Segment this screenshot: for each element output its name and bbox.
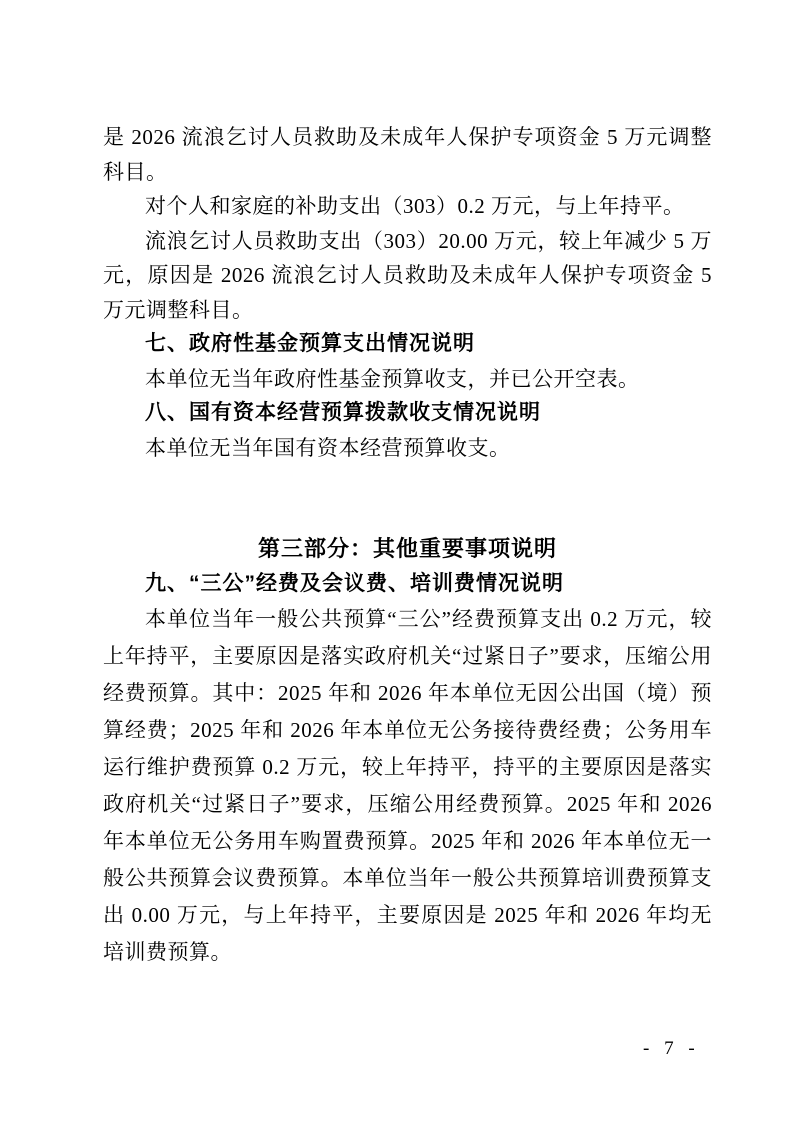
document-page: 是 2026 流浪乞讨人员救助及未成年人保护专项资金 5 万元调整科目。 对个人… <box>0 0 793 1122</box>
heading-7-gov-fund-budget: 七、政府性基金预算支出情况说明 <box>103 327 712 362</box>
page-number: - 7 - <box>643 1038 700 1060</box>
paragraph-carryover: 是 2026 流浪乞讨人员救助及未成年人保护专项资金 5 万元调整科目。 <box>103 120 712 189</box>
paragraph-state-capital-note: 本单位无当年国有资本经营预算收支。 <box>103 431 712 466</box>
paragraph-303-subsidy: 对个人和家庭的补助支出（303）0.2 万元，与上年持平。 <box>103 189 712 224</box>
page-body: 是 2026 流浪乞讨人员救助及未成年人保护专项资金 5 万元调整科目。 对个人… <box>103 120 712 971</box>
paragraph-gov-fund-note: 本单位无当年政府性基金预算收支，并已公开空表。 <box>103 362 712 397</box>
heading-8-state-capital-budget: 八、国有资本经营预算拨款收支情况说明 <box>103 396 712 431</box>
heading-9-three-public-expenses: 九、“三公”经费及会议费、培训费情况说明 <box>103 566 712 601</box>
part-3-title: 第三部分：其他重要事项说明 <box>103 531 712 566</box>
paragraph-303-vagrant-relief: 流浪乞讨人员救助支出（303）20.00 万元，较上年减少 5 万元，原因是 2… <box>103 224 712 328</box>
paragraph-three-public-detail: 本单位当年一般公共预算“三公”经费预算支出 0.2 万元，较上年持平，主要原因是… <box>103 601 712 971</box>
